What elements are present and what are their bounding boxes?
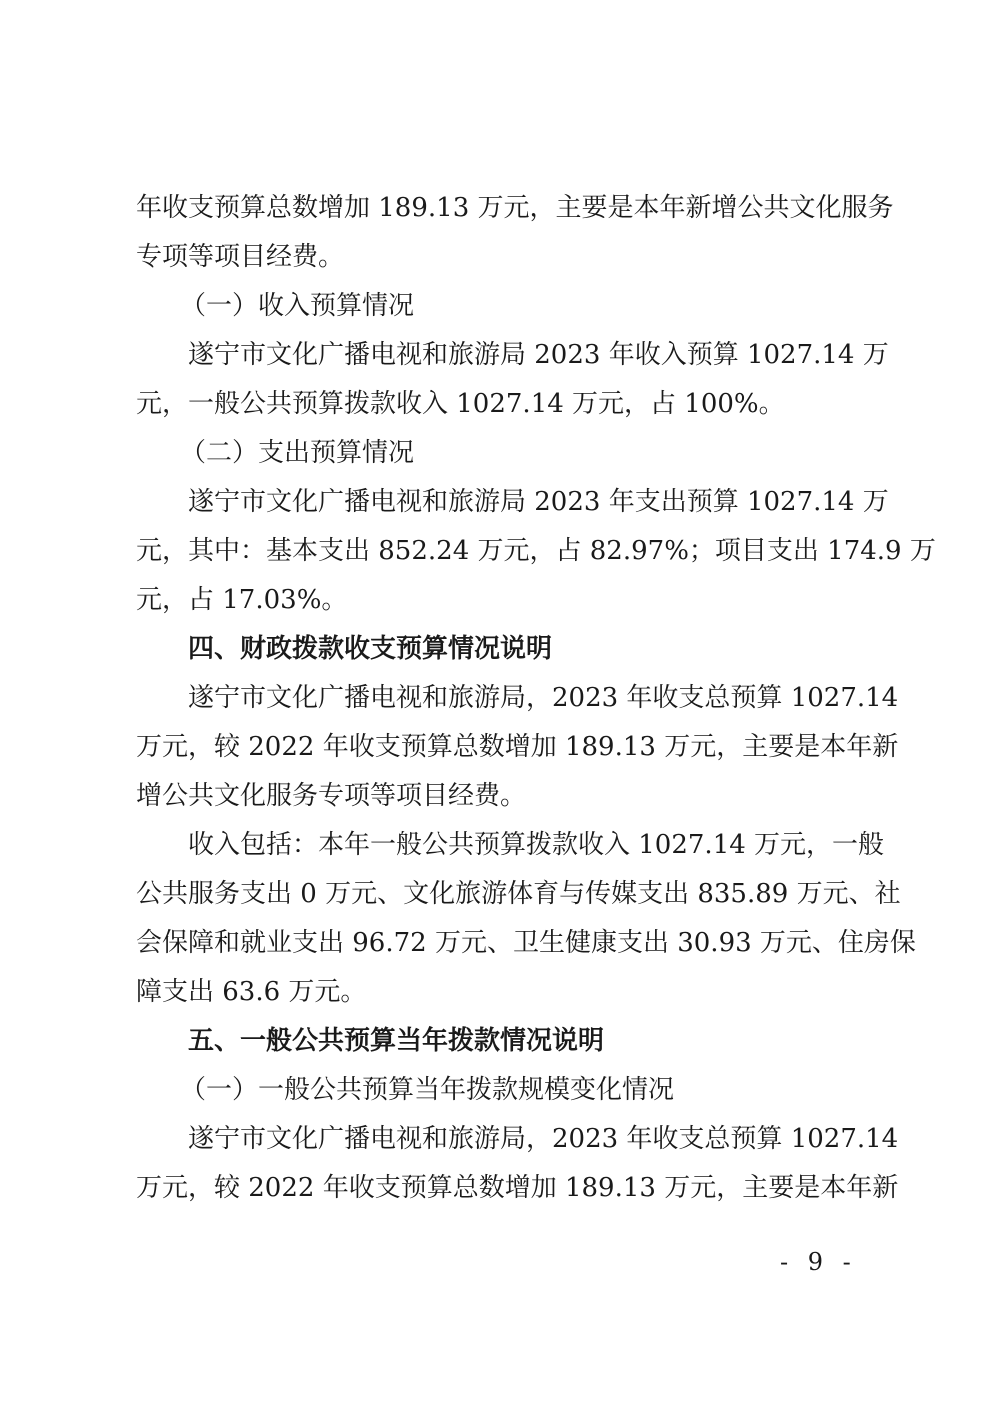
paragraph-line: 年收支预算总数增加 189.13 万元，主要是本年新增公共文化服务 <box>136 192 872 224</box>
paragraph-line: 公共服务支出 0 万元、文化旅游体育与传媒支出 835.89 万元、社 <box>136 878 872 910</box>
paragraph-line: 增公共文化服务专项等项目经费。 <box>136 780 872 812</box>
paragraph-line: 元，一般公共预算拨款收入 1027.14 万元，占 100%。 <box>136 388 872 420</box>
paragraph-line: 专项等项目经费。 <box>136 241 872 273</box>
paragraph-line: 遂宁市文化广播电视和旅游局，2023 年收支总预算 1027.14 <box>188 682 872 714</box>
paragraph-line: 遂宁市文化广播电视和旅游局 2023 年收入预算 1027.14 万 <box>188 339 872 371</box>
paragraph-line: 元，其中：基本支出 852.24 万元，占 82.97%；项目支出 174.9 … <box>136 535 872 567</box>
paragraph-line: 收入包括：本年一般公共预算拨款收入 1027.14 万元，一般 <box>188 829 872 861</box>
paragraph-line: 遂宁市文化广播电视和旅游局 2023 年支出预算 1027.14 万 <box>188 486 872 518</box>
paragraph-line: 万元，较 2022 年收支预算总数增加 189.13 万元，主要是本年新 <box>136 1172 872 1204</box>
paragraph-line: 遂宁市文化广播电视和旅游局，2023 年收支总预算 1027.14 <box>188 1123 872 1155</box>
page-number: - 9 - <box>780 1248 857 1276</box>
paragraph-line: 障支出 63.6 万元。 <box>136 976 872 1008</box>
paragraph-line: 万元，较 2022 年收支预算总数增加 189.13 万元，主要是本年新 <box>136 731 872 763</box>
section-heading-4: 四、财政拨款收支预算情况说明 <box>188 633 872 665</box>
subsection-heading-income: （一）收入预算情况 <box>180 290 916 322</box>
subsection-heading-expenditure: （二）支出预算情况 <box>180 437 916 469</box>
paragraph-line: 会保障和就业支出 96.72 万元、卫生健康支出 30.93 万元、住房保 <box>136 927 872 959</box>
section-heading-5: 五、一般公共预算当年拨款情况说明 <box>188 1025 872 1057</box>
subsection-heading-scale: （一）一般公共预算当年拨款规模变化情况 <box>180 1074 916 1106</box>
paragraph-line: 元，占 17.03%。 <box>136 584 872 616</box>
